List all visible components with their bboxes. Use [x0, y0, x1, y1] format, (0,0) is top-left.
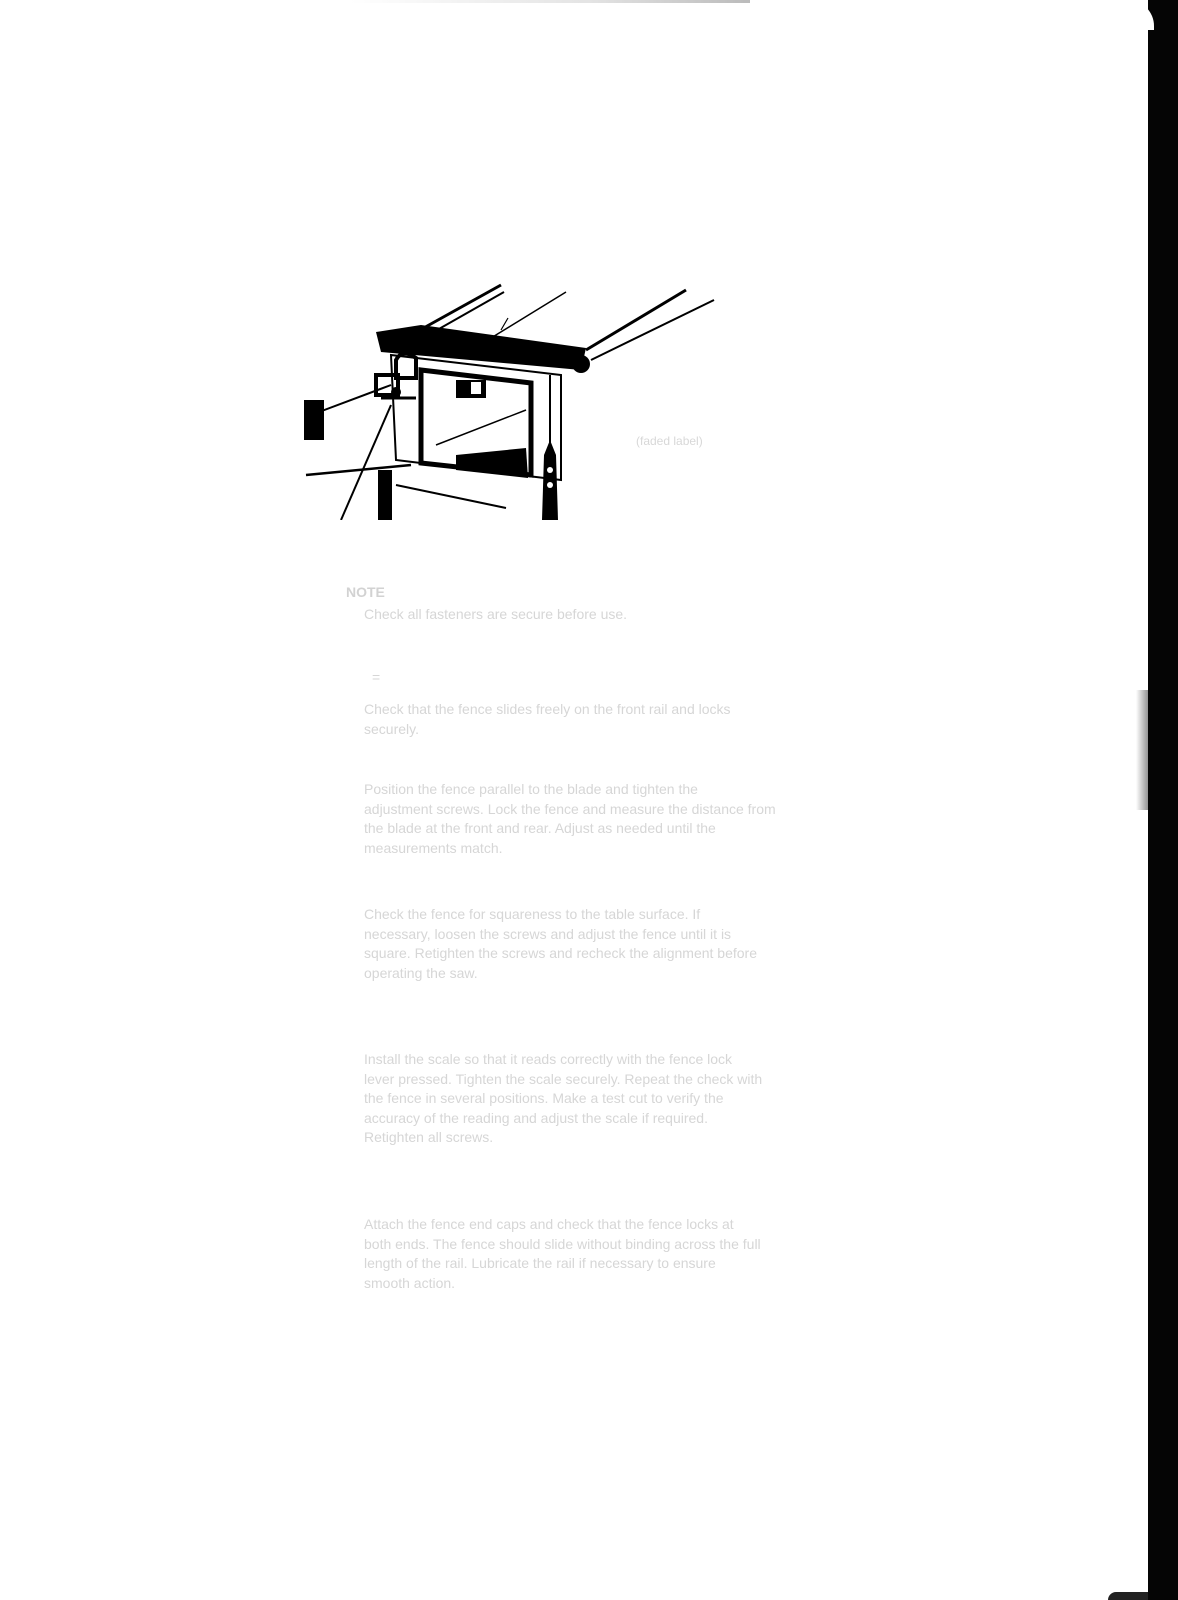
instruction-paragraph: Check that the fence slides freely on th…: [364, 700, 731, 739]
scan-top-bleed: [350, 0, 750, 3]
scan-bottom-smudge: [1108, 1592, 1148, 1600]
section-marker: =: [372, 668, 380, 688]
illustration-figure-label: (faded label): [636, 432, 703, 452]
scan-page-edge: [1148, 0, 1178, 1600]
scan-speckle: [1136, 690, 1148, 810]
fence-assembly-illustration: [296, 280, 736, 520]
instruction-paragraph: Check the fence for squareness to the ta…: [364, 905, 757, 983]
instruction-paragraph: Attach the fence end caps and check that…: [364, 1215, 761, 1293]
intro-line: Check all fasteners are secure before us…: [364, 605, 627, 625]
instruction-paragraph: Install the scale so that it reads corre…: [364, 1050, 762, 1148]
section-heading: NOTE: [346, 583, 385, 603]
instruction-paragraph: Position the fence parallel to the blade…: [364, 780, 776, 858]
